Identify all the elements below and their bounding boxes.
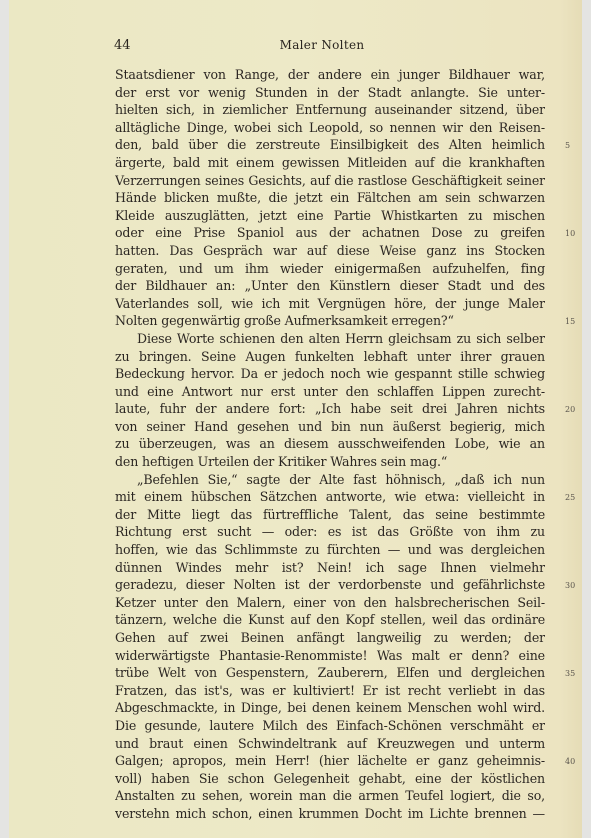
text-line: Fratzen, das ist's, was er kultiviert! E… xyxy=(115,682,545,700)
text-line: Abgeschmackte, in Dinge, bei denen keine… xyxy=(115,699,545,717)
text-line: „Befehlen Sie,“ sagte der Alte fast höhn… xyxy=(115,471,545,489)
text-line: widerwärtigste Phantasie-Renommiste! Was… xyxy=(115,647,545,665)
text-line: den, bald über die zerstreute Einsilbigk… xyxy=(115,136,545,154)
text-line: alltägliche Dinge, wobei sich Leopold, s… xyxy=(115,119,545,137)
body-text: Staatsdiener von Range, der andere ein j… xyxy=(115,66,545,823)
text-line: von seiner Hand gesehen und bin nun äuße… xyxy=(115,418,545,436)
running-head: Maler Nolten xyxy=(107,38,537,52)
text-line: Richtung erst sucht — oder: es ist das G… xyxy=(115,523,545,541)
text-line: zu bringen. Seine Augen funkelten lebhaf… xyxy=(115,348,545,366)
margin-line-number: 5 xyxy=(565,141,570,150)
page-footer-mark xyxy=(312,780,315,783)
margin-line-number: 20 xyxy=(565,405,575,414)
text-line: laute, fuhr der andere fort: „Ich habe s… xyxy=(115,400,545,418)
text-line: der Bildhauer an: „Unter den Künstlern d… xyxy=(115,277,545,295)
text-line: und eine Antwort nur erst unter den schl… xyxy=(115,383,545,401)
text-line: tänzern, welche die Kunst auf den Kopf s… xyxy=(115,611,545,629)
text-line: hoffen, wie das Schlimmste zu fürchten —… xyxy=(115,541,545,559)
text-line: der erst vor wenig Stunden in der Stadt … xyxy=(115,84,545,102)
text-line: Verzerrungen seines Gesichts, auf die ra… xyxy=(115,172,545,190)
text-line: geradezu, dieser Nolten ist der verdorbe… xyxy=(115,576,545,594)
text-line: voll) haben Sie schon Gelegenheit gehabt… xyxy=(115,770,545,788)
text-line: Kleide auszuglätten, jetzt eine Partie W… xyxy=(115,207,545,225)
text-line: Anstalten zu sehen, worein man die armen… xyxy=(115,787,545,805)
margin-line-number: 15 xyxy=(565,317,575,326)
text-line: der Mitte liegt das fürtreffliche Talent… xyxy=(115,506,545,524)
text-line: den heftigen Urteilen der Kritiker Wahre… xyxy=(115,453,545,471)
page-header: 44 Maler Nolten xyxy=(107,38,537,58)
text-line: trübe Welt von Gespenstern, Zauberern, E… xyxy=(115,664,545,682)
text-line: dünnen Windes mehr ist? Nein! ich sage I… xyxy=(115,559,545,577)
text-line: hatten. Das Gespräch war auf diese Weise… xyxy=(115,242,545,260)
text-line: Bedeckung hervor. Da er jedoch noch wie … xyxy=(115,365,545,383)
text-line: Die gesunde, lautere Milch des Einfach-S… xyxy=(115,717,545,735)
text-line: oder eine Prise Spaniol aus der achatnen… xyxy=(115,224,545,242)
text-line: zu überzeugen, was an diesem ausschweife… xyxy=(115,435,545,453)
text-line: Galgen; apropos, mein Herr! (hier lächel… xyxy=(115,752,545,770)
margin-line-number: 40 xyxy=(565,757,575,766)
margin-line-number: 25 xyxy=(565,493,575,502)
text-line: Hände blicken mußte, die jetzt ein Fältc… xyxy=(115,189,545,207)
text-line: und braut einen Schwindeltrank auf Kreuz… xyxy=(115,735,545,753)
margin-line-number: 30 xyxy=(565,581,575,590)
text-line: geraten, und um ihm wieder einigermaßen … xyxy=(115,260,545,278)
text-line: hielten sich, in ziemlicher Entfernung a… xyxy=(115,101,545,119)
text-line: Ketzer unter den Malern, einer von den h… xyxy=(115,594,545,612)
text-line: verstehn mich schon, einen krummen Docht… xyxy=(115,805,545,823)
text-line: mit einem hübschen Sätzchen antworte, wi… xyxy=(115,488,545,506)
text-line: Diese Worte schienen den alten Herrn gle… xyxy=(115,330,545,348)
text-line: Nolten gegenwärtig große Aufmerksamkeit … xyxy=(115,312,545,330)
text-line: Vaterlandes soll, wie ich mit Vergnügen … xyxy=(115,295,545,313)
text-line: ärgerte, bald mit einem gewissen Mitleid… xyxy=(115,154,545,172)
text-line: Staatsdiener von Range, der andere ein j… xyxy=(115,66,545,84)
margin-line-number: 10 xyxy=(565,229,575,238)
margin-line-number: 35 xyxy=(565,669,575,678)
text-line: Gehen auf zwei Beinen anfängt langweilig… xyxy=(115,629,545,647)
